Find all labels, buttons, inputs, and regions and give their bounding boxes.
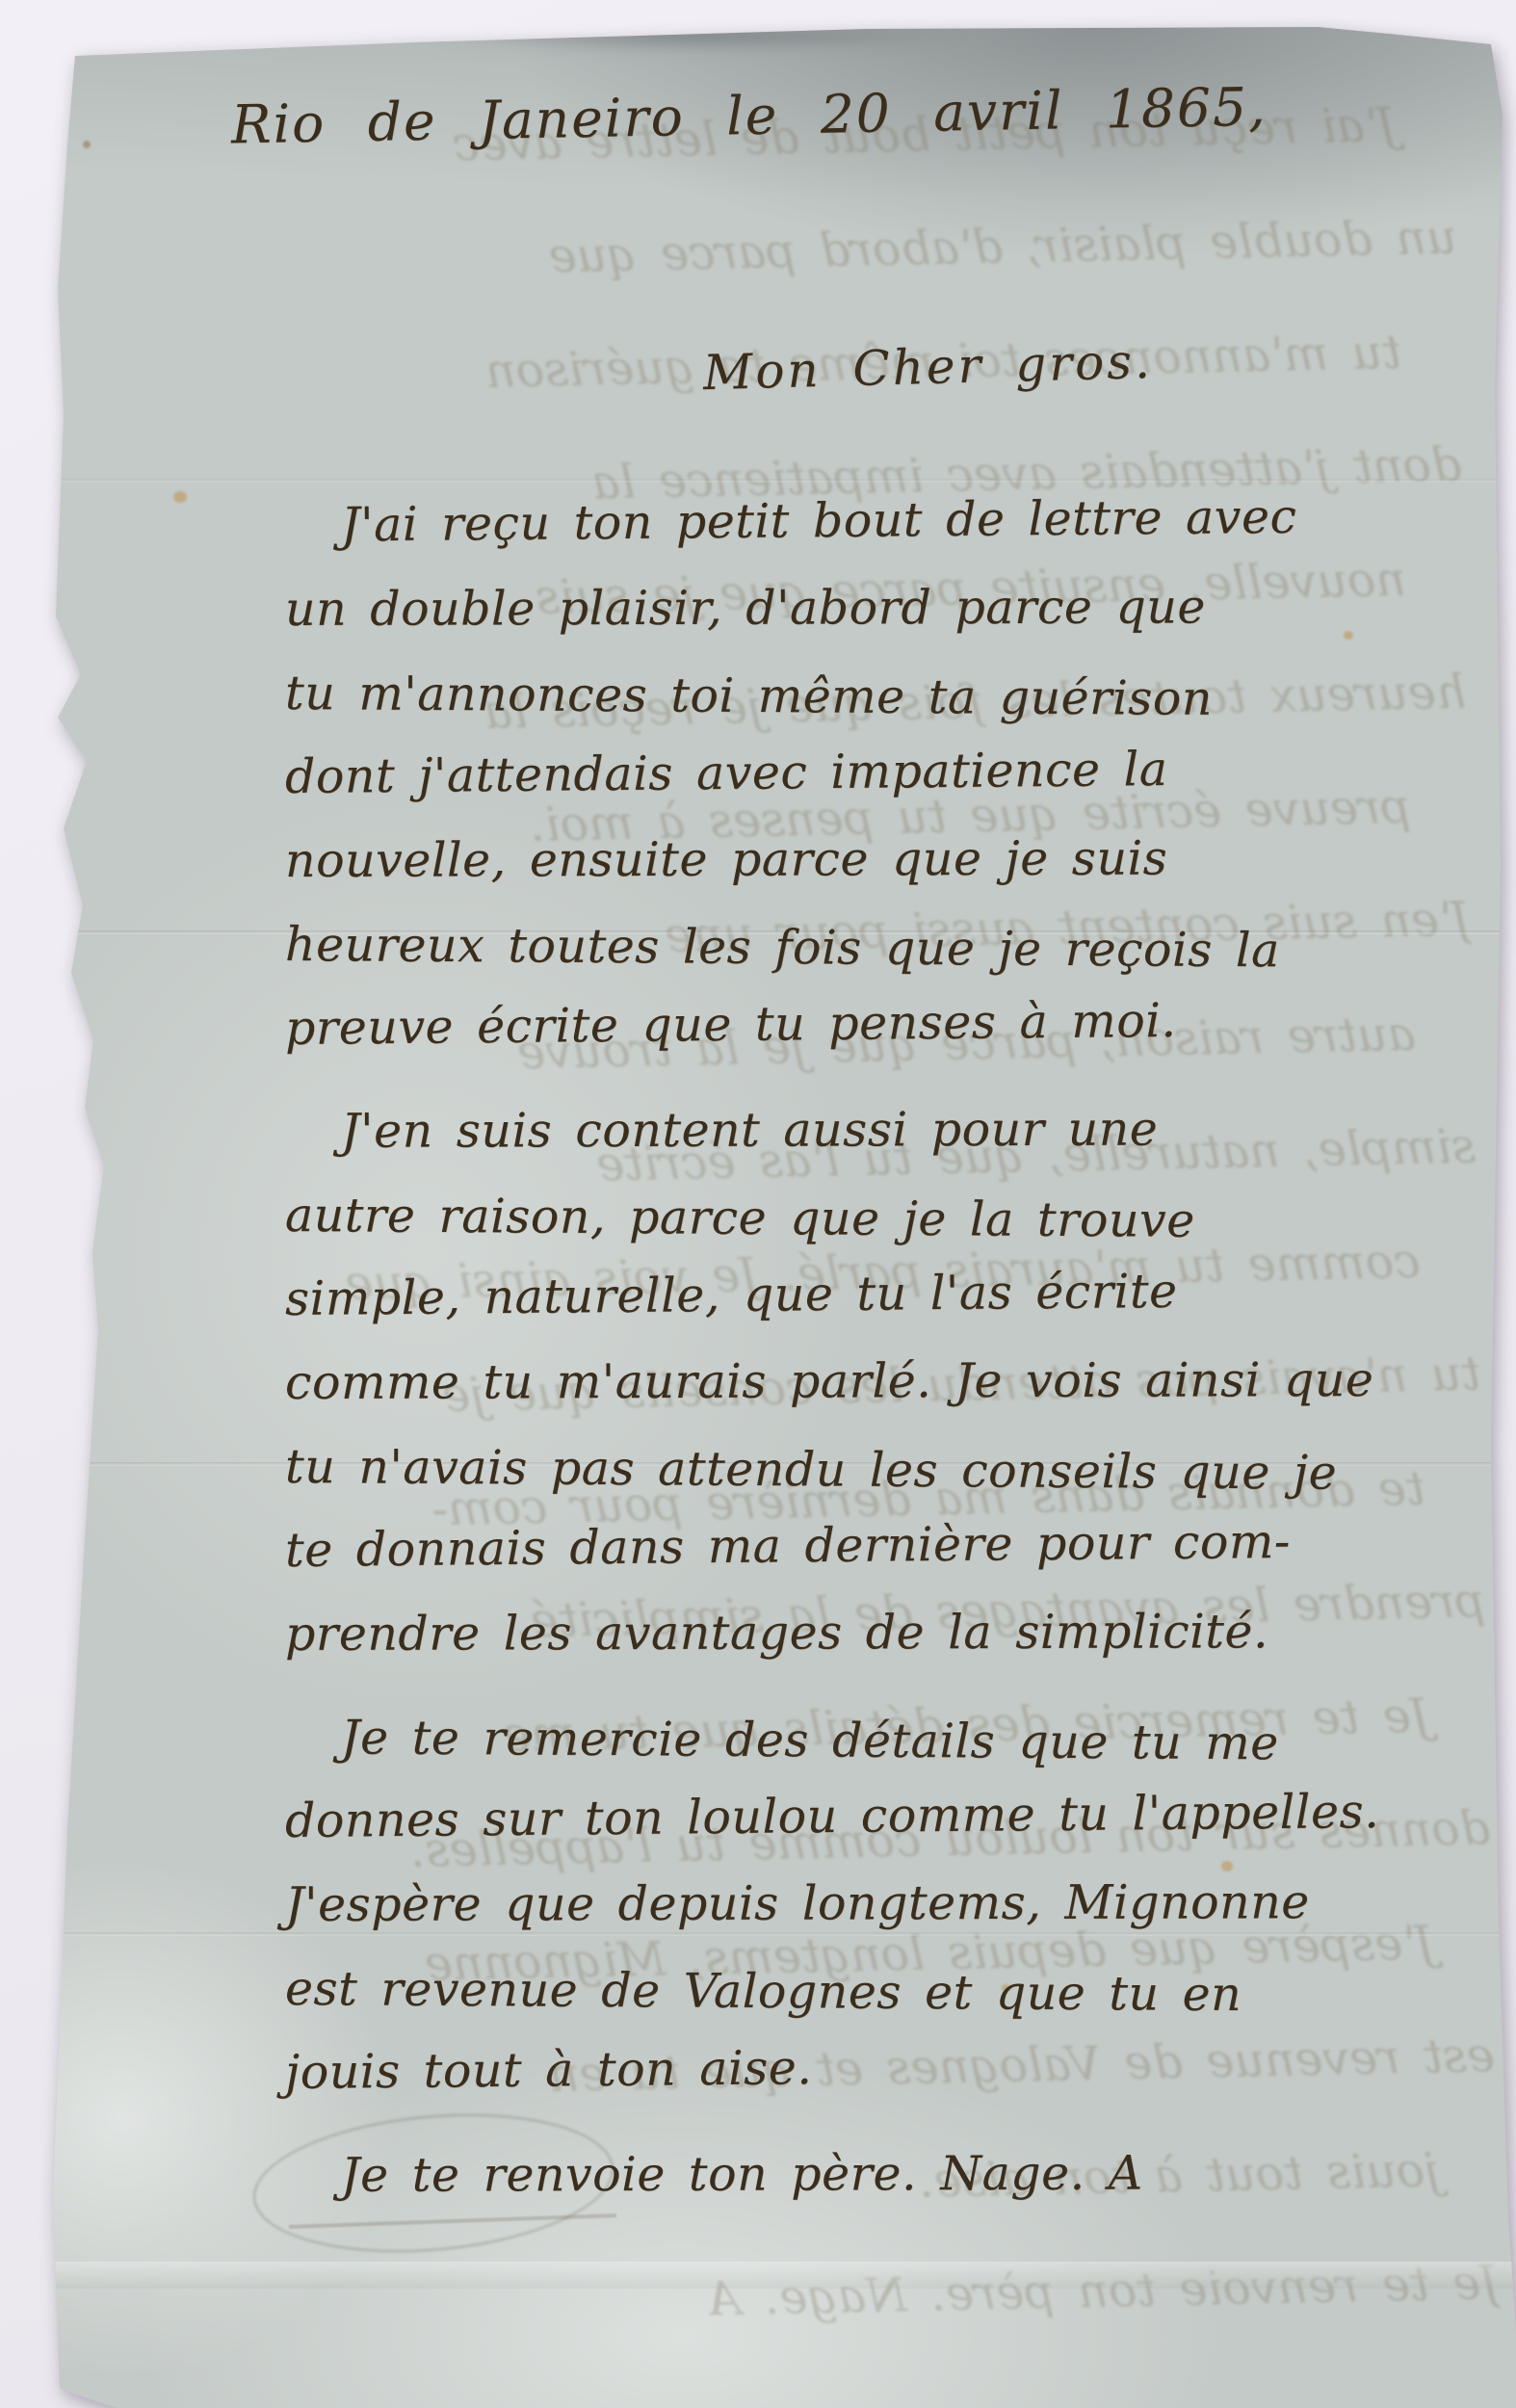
photo-of-letter: J'ai reçu ton petit bout de lettre avecu… (0, 0, 1516, 2408)
letter-line: nouvelle, ensuite parce que je suis (285, 816, 1426, 903)
letter-line: J'ai reçu ton petit bout de lettre avec (285, 474, 1427, 567)
letter-line: jouis tout à ton aise. (285, 2021, 1427, 2114)
dateline: Rio de Janeiro le 20 avril 1865, (231, 76, 1268, 156)
letter-line: J'espère que depuis longtems, Mignonne (285, 1860, 1426, 1947)
letter-line: preuve écrite que tu penses à moi. (285, 977, 1427, 1070)
letter-line: Je te renvoie ton père. Nage. A (285, 2131, 1426, 2217)
letter-line: donnes sur ton loulou comme tu l'appelle… (285, 1769, 1427, 1863)
paper-shadow-wrap: J'ai reçu ton petit bout de lettre avecu… (0, 0, 1516, 2408)
letter-line: dont j'attendais avec impatience la (285, 725, 1427, 819)
letter-line: J'en suis content aussi pour une (285, 1086, 1426, 1173)
letter-line: prendre les avantages de la simplicité. (285, 1589, 1426, 1676)
letter-line: simple, naturelle, que tu l'as écrite (285, 1247, 1427, 1341)
letter-paper-sheet: J'ai reçu ton petit bout de lettre avecu… (0, 0, 1516, 2408)
salutation: Mon Cher gros. (702, 333, 1153, 401)
letter-line: un double plaisir, d'abord parce que (285, 564, 1426, 651)
letter-line: comme tu m'aurais parlé. Je vois ainsi q… (285, 1338, 1426, 1425)
letter-body: J'ai reçu ton petit bout de lettre avecu… (285, 484, 1426, 2217)
letter-line: te donnais dans ma dernière pour com- (285, 1499, 1427, 1592)
handwriting-layer: Rio de Janeiro le 20 avril 1865, Mon Che… (0, 0, 1516, 2408)
